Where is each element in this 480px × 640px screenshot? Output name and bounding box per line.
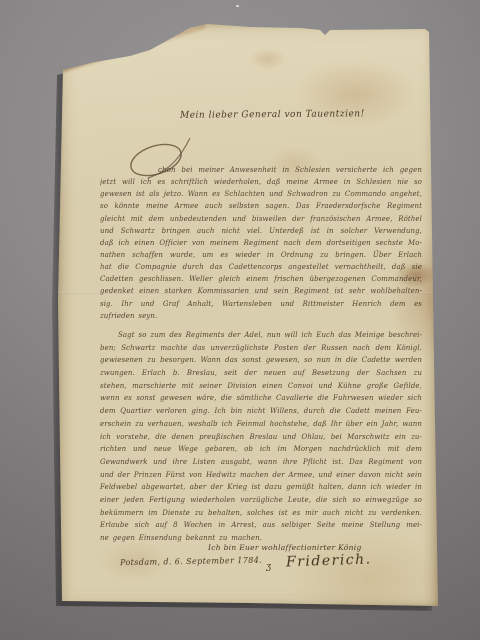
closing-line: Ich bin Euer wohlaffectionirter König (208, 543, 362, 552)
handwriting-line: so könnte meine Armee auch selbsten sage… (100, 200, 422, 212)
handwriting-line: erschein zu verhauen, weshalb ich Feinma… (100, 418, 422, 431)
photo-background: Mein lieber General von Tauentzien! chon… (0, 0, 480, 640)
handwriting-line: hat die Compagnie durch das Cadettencorp… (100, 261, 422, 273)
body-paragraph-1: chon bei meiner Anwesenheit in Schlesien… (100, 164, 422, 322)
dust-speck (236, 5, 239, 7)
handwriting-line: dem Quartier verloren ging. Ich bin nich… (100, 405, 422, 418)
handwriting-line: ich vorstehe, die denen preußischen Bres… (100, 431, 422, 444)
handwriting-line: Sagt so zum des Regiments der Adel, nun … (100, 329, 422, 342)
handwriting-line: chon bei meiner Anwesenheit in Schlesien… (100, 164, 422, 176)
handwriting-line: richten und neue Wege gebaren, ob ich im… (100, 443, 422, 456)
letter-paper: Mein lieber General von Tauentzien! chon… (58, 24, 439, 608)
handwriting-line: und der Prinzen Fürst von Hedwitz machen… (100, 469, 422, 482)
handwriting-line: wenn es sonst gewesen wäre, die sämtlich… (100, 392, 422, 405)
salutation-line: Mein lieber General von Tauentzien! (180, 109, 390, 121)
handwriting-line: gedenket einen starken Kommissarien und … (100, 285, 422, 297)
signature-friderich: Friderich. (286, 552, 372, 571)
handwriting-line: und Schwartz bringen auch nicht viel. Un… (100, 225, 422, 237)
handwriting-line: ben; Schwartz machte das unverzüglichste… (100, 342, 422, 355)
handwriting-line: Erlaube sich auf 8 Wochen in Arrest, aus… (100, 519, 422, 532)
handwriting-line: nathen schaffen wurde, um es wieder in O… (100, 249, 422, 261)
handwriting-line: sig. Ihr und Graf Anhalt, Wartensleben u… (100, 298, 422, 310)
handwriting-line: gewesen ist als jetzo. Wann es Schlachte… (100, 188, 422, 200)
handwriting-line: stehen, marschierte mit seiner Division … (100, 380, 422, 393)
handwriting-line: Feldwebel abgewartet, aber der Krieg ist… (100, 481, 422, 494)
handwriting-line: gewiesenen zu besorgen. Wann das sonst g… (100, 354, 422, 367)
handwriting-line: zufrieden seyn. (100, 310, 422, 322)
handwriting-line: einer jeden Fertigung wiederholen vorzüg… (100, 494, 422, 507)
handwriting-line: Gewandwerk und ihre Listen ausgabt, wann… (100, 456, 422, 469)
torn-burnt-edge (61, 23, 206, 72)
handwriting-line: zwungen. Erlach b. Breslau, seit der neu… (100, 367, 422, 380)
handwriting-line: daß ich einen Officier von meinem Regime… (100, 237, 422, 249)
body-paragraph-2: Sagt so zum des Regiments der Adel, nun … (100, 329, 422, 545)
dateline: Potsdam, d. 6. September 1784. (120, 556, 262, 567)
signature-paraph: ʒ (266, 562, 271, 572)
handwriting-line: Cadetten geschlissen. Weller gleich eine… (100, 273, 422, 285)
handwriting-line: jetzt will ich es schriftlich wiederhole… (100, 176, 422, 188)
handwriting-line: gleicht mit dem unbedeutenden und biswei… (100, 213, 422, 225)
handwriting-line: bekümmern im Dienste zu behalten, solche… (100, 507, 422, 520)
